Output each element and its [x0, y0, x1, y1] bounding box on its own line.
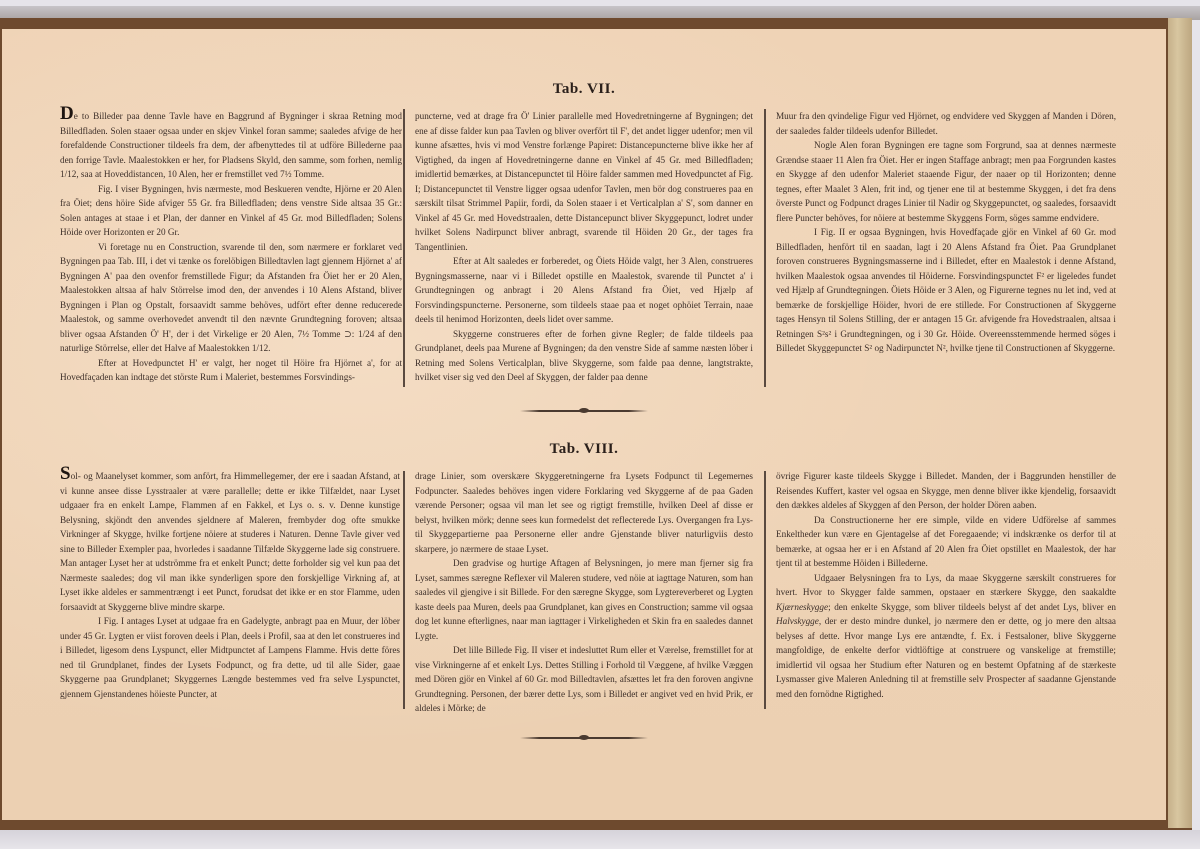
drop-cap: D: [60, 103, 74, 124]
paragraph: drage Linier, som overskære Skyggeretnin…: [415, 469, 753, 556]
tab-vii-column-3: Muur fra den qvindelige Figur ved Hjörne…: [776, 109, 1116, 356]
column-rule: [403, 109, 405, 387]
paragraph: Det lille Billede Fig. II viser et indes…: [415, 643, 753, 716]
drop-cap: S: [60, 463, 71, 484]
tab-viii-column-2: drage Linier, som overskære Skyggeretnin…: [415, 469, 753, 716]
column-rule: [764, 471, 766, 709]
italic-term: Halvskygge: [776, 616, 819, 626]
paragraph: Den gradvise og hurtige Aftagen af Belys…: [415, 556, 753, 643]
paragraph: Efter at Alt saaledes er forberedet, og …: [415, 254, 753, 327]
paragraph: Nogle Alen foran Bygningen ere tagne som…: [776, 138, 1116, 225]
section-title-tab-viii: Tab. VIII.: [2, 441, 1166, 458]
tab-viii-column-3: övrige Figurer kaste tildeels Skygge i B…: [776, 469, 1116, 701]
paragraph: I Fig. II er ogsaa Bygningen, hvis Hoved…: [776, 225, 1116, 356]
ornamental-divider: [520, 737, 648, 739]
background-surface: [0, 830, 1200, 849]
ornamental-divider: [520, 410, 648, 412]
tab-vii-column-2: puncterne, ved at drage fra Ö' Linier pa…: [415, 109, 753, 385]
divider-ornament: [579, 735, 589, 740]
paragraph: puncterne, ved at drage fra Ö' Linier pa…: [415, 109, 753, 254]
album-spine: [1168, 18, 1192, 828]
divider-ornament: [579, 408, 589, 413]
italic-term: Kjærneskygge: [776, 602, 828, 612]
column-rule: [403, 471, 405, 709]
document-page: Tab. VII. De to Billeder paa denne Tavle…: [2, 29, 1166, 820]
paragraph: Muur fra den qvindelige Figur ved Hjörne…: [776, 109, 1116, 138]
paragraph: Fig. I viser Bygningen, hvis nærmeste, m…: [60, 182, 402, 240]
paragraph: I Fig. I antages Lyset at udgaae fra en …: [60, 614, 400, 701]
paragraph: De to Billeder paa denne Tavle have en B…: [60, 109, 402, 182]
tab-viii-column-1: Sol- og Maanelyset kommer, som anfört, f…: [60, 469, 400, 701]
tab-vii-column-1: De to Billeder paa denne Tavle have en B…: [60, 109, 402, 385]
paragraph: Skyggerne construeres efter de forhen gi…: [415, 327, 753, 385]
paragraph: Vi foretage nu en Construction, svarende…: [60, 240, 402, 356]
paragraph: Da Constructionerne her ere simple, vild…: [776, 513, 1116, 571]
paragraph: Efter at Hovedpunctet H' er valgt, her n…: [60, 356, 402, 385]
column-rule: [764, 109, 766, 387]
paragraph: Udgaaer Belysningen fra to Lys, da maae …: [776, 571, 1116, 702]
paragraph: övrige Figurer kaste tildeels Skygge i B…: [776, 469, 1116, 513]
section-title-tab-vii: Tab. VII.: [2, 81, 1166, 98]
paragraph: Sol- og Maanelyset kommer, som anfört, f…: [60, 469, 400, 614]
